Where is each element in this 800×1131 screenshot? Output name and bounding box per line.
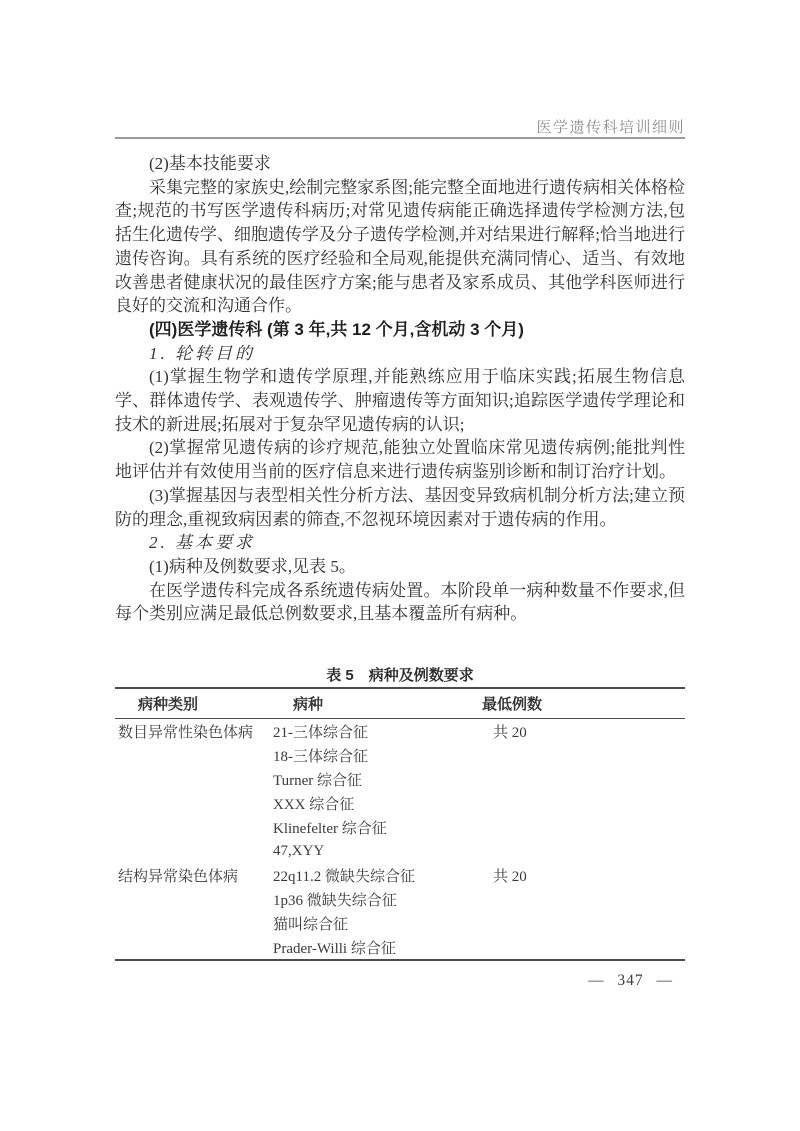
cell-disease: Prader-Willi 综合征 — [270, 937, 482, 958]
table-row: Prader-Willi 综合征 — [115, 935, 685, 959]
cell-min-cases: 共 20 — [482, 865, 685, 886]
requirement-paragraph: 在医学遗传科完成各系统遗传病处置。本阶段单一病种数量不作要求,但每个类别应满足最… — [115, 579, 685, 626]
cell-disease: 18-三体综合征 — [270, 745, 482, 766]
cell-disease: 47,XYY — [270, 843, 482, 860]
table-row: 18-三体综合征 — [115, 743, 685, 767]
table-row: XXX 综合征 — [115, 791, 685, 815]
objective-3-paragraph: (3)掌握基因与表型相关性分析方法、基因变异致病机制分析方法;建立预防的理念,重… — [115, 484, 685, 531]
table-title: 表 5 病种及例数要求 — [115, 664, 685, 685]
table-header-row: 病种类别 病种 最低例数 — [115, 689, 685, 719]
cell-disease: Klinefelter 综合征 — [270, 817, 482, 838]
table-row: Klinefelter 综合征 — [115, 815, 685, 839]
basic-requirements-heading: 2. 基本要求 — [115, 531, 685, 555]
page-number: — 347 — — [588, 972, 673, 990]
running-header: 医学遗传科培训细则 — [536, 116, 685, 137]
rotation-purpose-heading: 1. 轮转目的 — [115, 342, 685, 366]
cell-disease: XXX 综合征 — [270, 793, 482, 814]
cell-category: 数目异常性染色体病 — [115, 721, 270, 742]
cell-disease: 猫叫综合征 — [270, 913, 482, 934]
objective-1-paragraph: (1)掌握生物学和遗传学原理,并能熟练应用于临床实践;拓展生物信息学、群体遗传学… — [115, 365, 685, 436]
document-page: 医学遗传科培训细则 (2)基本技能要求 采集完整的家族史,绘制完整家系图;能完整… — [0, 0, 800, 1131]
cell-min-cases: 共 20 — [482, 721, 685, 742]
skills-heading: (2)基本技能要求 — [115, 152, 685, 176]
column-header-disease: 病种 — [270, 693, 482, 714]
column-header-category: 病种类别 — [115, 693, 270, 714]
objective-2-paragraph: (2)掌握常见遗传病的诊疗规范,能独立处置临床常见遗传病例;能批判性地评估并有效… — [115, 436, 685, 483]
header-rule — [115, 137, 685, 139]
table-row: 结构异常染色体病 22q11.2 微缺失综合征 共 20 — [115, 863, 685, 887]
cell-category: 结构异常染色体病 — [115, 865, 270, 886]
body-text: (2)基本技能要求 采集完整的家族史,绘制完整家系图;能完整全面地进行遗传病相关… — [115, 152, 685, 626]
disease-requirements-table: 病种类别 病种 最低例数 数目异常性染色体病 21-三体综合征 共 20 18-… — [115, 687, 685, 961]
table-row: 1p36 微缺失综合征 — [115, 887, 685, 911]
section-heading: (四)医学遗传科 (第 3 年,共 12 个月,含机动 3 个月) — [115, 318, 685, 342]
table-row: Turner 综合征 — [115, 767, 685, 791]
cell-disease: Turner 综合征 — [270, 769, 482, 790]
cell-disease: 22q11.2 微缺失综合征 — [270, 865, 482, 886]
cell-disease: 21-三体综合征 — [270, 721, 482, 742]
requirement-item: (1)病种及例数要求,见表 5。 — [115, 555, 685, 579]
cell-disease: 1p36 微缺失综合征 — [270, 889, 482, 910]
skills-paragraph: 采集完整的家族史,绘制完整家系图;能完整全面地进行遗传病相关体格检查;规范的书写… — [115, 176, 685, 318]
table-row: 数目异常性染色体病 21-三体综合征 共 20 — [115, 719, 685, 743]
column-header-min-cases: 最低例数 — [482, 693, 685, 714]
table-row: 猫叫综合征 — [115, 911, 685, 935]
table-row: 47,XYY — [115, 839, 685, 863]
